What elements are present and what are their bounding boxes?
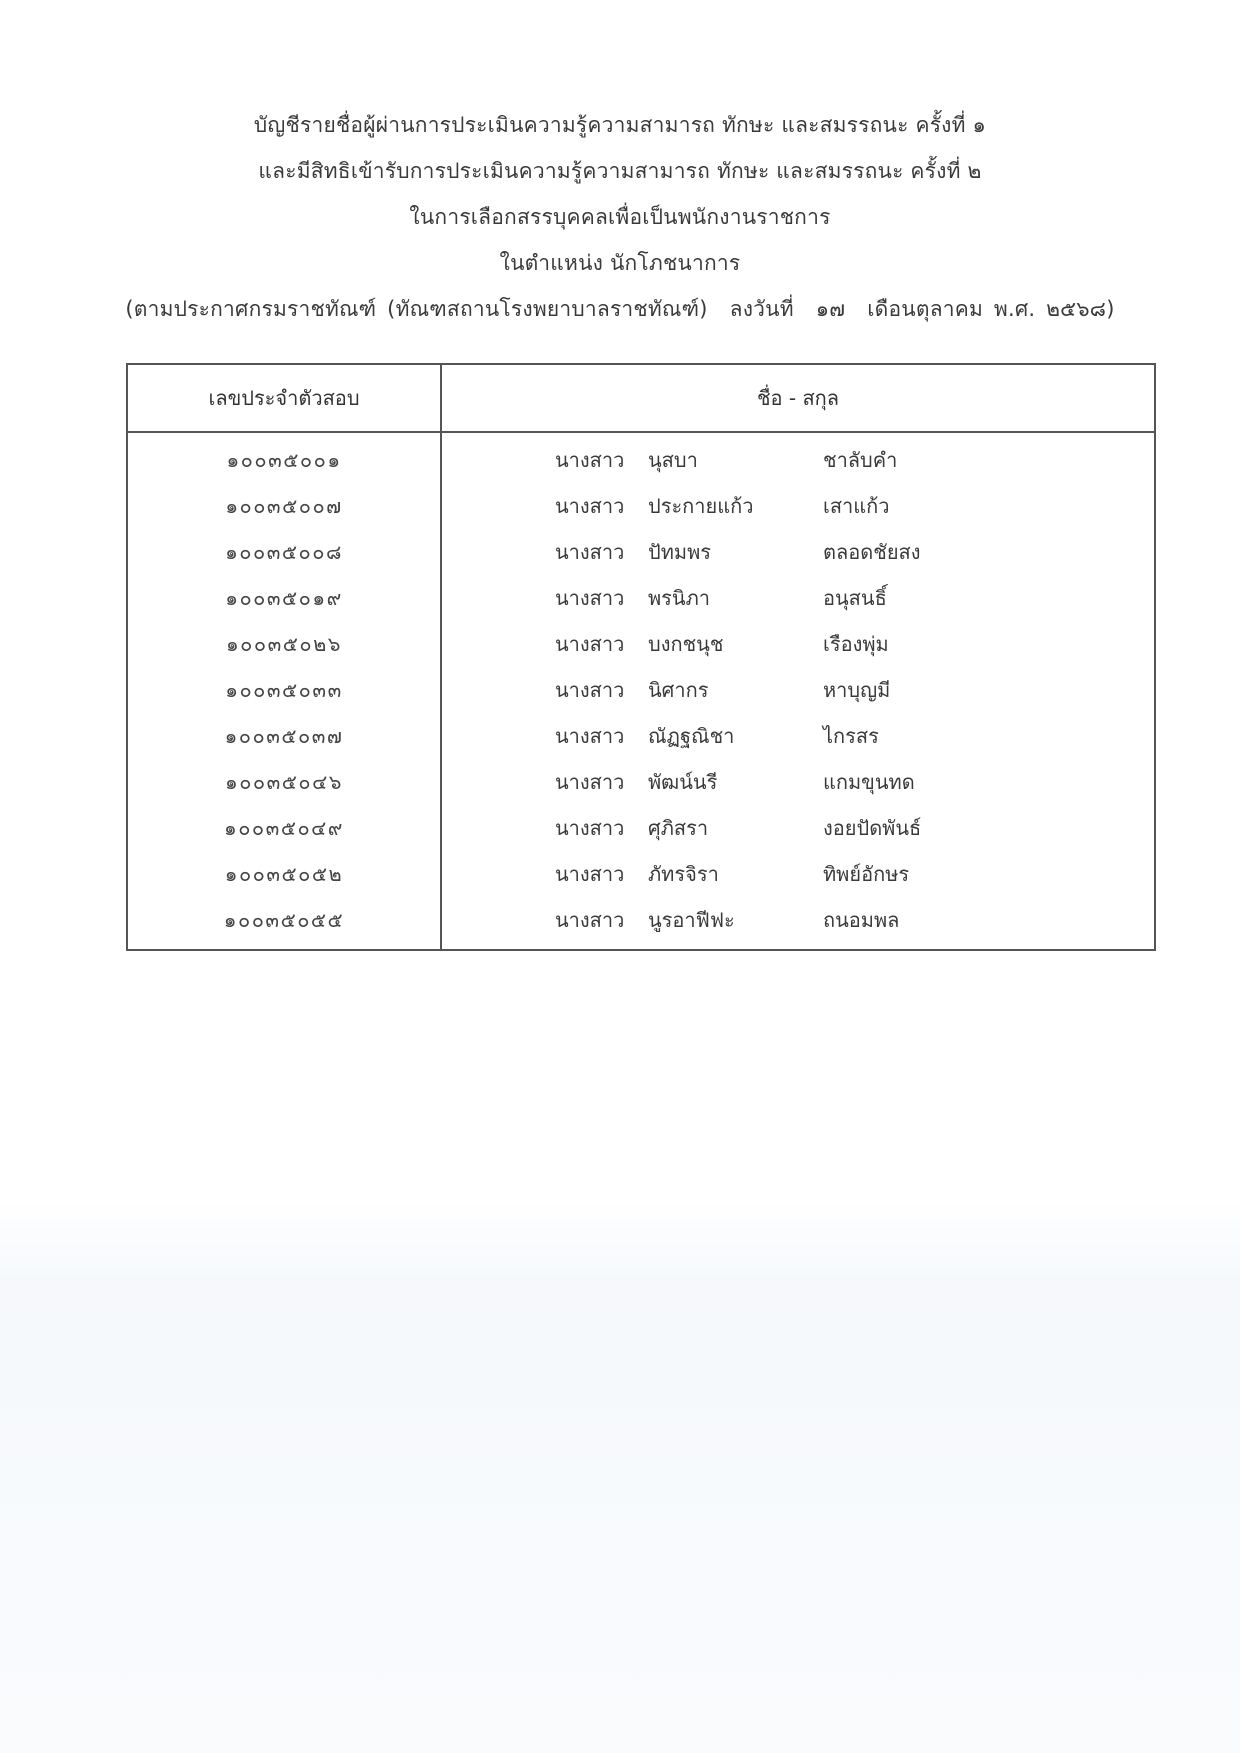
scan-background-tint	[0, 1200, 1240, 1753]
exam-id-cell: ๑๐๐๓๕๐๑๙	[127, 575, 441, 621]
name-group: นางสาวพัฒน์นรีแกมขุนทด	[442, 766, 1154, 798]
last-name: อนุสนธิ์	[823, 582, 887, 614]
last-name: เสาแก้ว	[823, 490, 890, 522]
name-group: นางสาวภัทรจิราทิพย์อักษร	[442, 858, 1154, 890]
name-group: นางสาวนุสบาชาลับคำ	[442, 444, 1154, 476]
full-name-cell: นางสาวประกายแก้วเสาแก้ว	[441, 483, 1155, 529]
exam-id-cell: ๑๐๐๓๕๐๓๓	[127, 667, 441, 713]
last-name: หาบุญมี	[823, 674, 890, 706]
exam-id-cell: ๑๐๐๓๕๐๐๘	[127, 529, 441, 575]
heading-position-line: ในตำแหน่ง นักโภชนาการ	[0, 240, 1240, 286]
table-body: ๑๐๐๓๕๐๐๑นางสาวนุสบาชาลับคำ๑๐๐๓๕๐๐๗นางสาว…	[127, 432, 1155, 950]
full-name-cell: นางสาวนุสบาชาลับคำ	[441, 432, 1155, 483]
document-heading: บัญชีรายชื่อผู้ผ่านการประเมินความรู้ความ…	[0, 102, 1240, 332]
name-group: นางสาวประกายแก้วเสาแก้ว	[442, 490, 1154, 522]
name-title: นางสาว	[555, 674, 648, 706]
exam-id-cell: ๑๐๐๓๕๐๔๙	[127, 805, 441, 851]
last-name: ตลอดชัยสง	[823, 536, 921, 568]
column-header-full-name: ชื่อ - สกุล	[441, 364, 1155, 432]
table-row: ๑๐๐๓๕๐๓๗นางสาวณัฏฐณิชาไกรสร	[127, 713, 1155, 759]
last-name: เรืองพุ่ม	[823, 628, 889, 660]
name-title: นางสาว	[555, 858, 648, 890]
table-row: ๑๐๐๓๕๐๐๘นางสาวปัทมพรตลอดชัยสง	[127, 529, 1155, 575]
date-month-year: เดือนตุลาคม พ.ศ. ๒๕๖๘)	[867, 297, 1114, 321]
date-label: ลงวันที่	[730, 297, 794, 321]
last-name: งอยปัดพันธ์	[823, 812, 921, 844]
full-name-cell: นางสาวภัทรจิราทิพย์อักษร	[441, 851, 1155, 897]
heading-line-2: และมีสิทธิเข้ารับการประเมินความรู้ความสา…	[0, 148, 1240, 194]
last-name: ชาลับคำ	[823, 444, 897, 476]
name-title: นางสาว	[555, 490, 648, 522]
name-title: นางสาว	[555, 444, 648, 476]
candidate-roster-table: เลขประจำตัวสอบ ชื่อ - สกุล ๑๐๐๓๕๐๐๑นางสา…	[126, 363, 1156, 951]
name-title: นางสาว	[555, 812, 648, 844]
name-group: นางสาวพรนิภาอนุสนธิ์	[442, 582, 1154, 614]
last-name: ไกรสร	[823, 720, 879, 752]
full-name-cell: นางสาวศุภิสรางอยปัดพันธ์	[441, 805, 1155, 851]
last-name: ถนอมพล	[823, 904, 899, 936]
table-row: ๑๐๐๓๕๐๕๕นางสาวนูรอาฟีฟะถนอมพล	[127, 897, 1155, 950]
full-name-cell: นางสาวพัฒน์นรีแกมขุนทด	[441, 759, 1155, 805]
exam-id-cell: ๑๐๐๓๕๐๐๗	[127, 483, 441, 529]
name-group: นางสาวบงกชนุชเรืองพุ่ม	[442, 628, 1154, 660]
name-group: นางสาวนิศากรหาบุญมี	[442, 674, 1154, 706]
first-name: ปัทมพร	[648, 536, 823, 568]
heading-line-3: ในการเลือกสรรบุคคลเพื่อเป็นพนักงานราชการ	[0, 194, 1240, 240]
name-title: นางสาว	[555, 904, 648, 936]
first-name: นิศากร	[648, 674, 823, 706]
full-name-cell: นางสาวปัทมพรตลอดชัยสง	[441, 529, 1155, 575]
first-name: ภัทรจิรา	[648, 858, 823, 890]
first-name: พรนิภา	[648, 582, 823, 614]
announcement-reference: (ตามประกาศกรมราชทัณฑ์ (ทัณฑสถานโรงพยาบาล…	[0, 286, 1240, 332]
name-title: นางสาว	[555, 720, 648, 752]
name-group: นางสาวนูรอาฟีฟะถนอมพล	[442, 904, 1154, 936]
first-name: นุสบา	[648, 444, 823, 476]
table-row: ๑๐๐๓๕๐๔๙นางสาวศุภิสรางอยปัดพันธ์	[127, 805, 1155, 851]
exam-id-cell: ๑๐๐๓๕๐๒๖	[127, 621, 441, 667]
table-header-row: เลขประจำตัวสอบ ชื่อ - สกุล	[127, 364, 1155, 432]
exam-id-cell: ๑๐๐๓๕๐๕๕	[127, 897, 441, 950]
table-row: ๑๐๐๓๕๐๑๙นางสาวพรนิภาอนุสนธิ์	[127, 575, 1155, 621]
table-row: ๑๐๐๓๕๐๔๖นางสาวพัฒน์นรีแกมขุนทด	[127, 759, 1155, 805]
column-header-exam-id: เลขประจำตัวสอบ	[127, 364, 441, 432]
last-name: ทิพย์อักษร	[823, 858, 909, 890]
exam-id-cell: ๑๐๐๓๕๐๐๑	[127, 432, 441, 483]
full-name-cell: นางสาวบงกชนุชเรืองพุ่ม	[441, 621, 1155, 667]
table-row: ๑๐๐๓๕๐๒๖นางสาวบงกชนุชเรืองพุ่ม	[127, 621, 1155, 667]
first-name: นูรอาฟีฟะ	[648, 904, 823, 936]
name-group: นางสาวศุภิสรางอยปัดพันธ์	[442, 812, 1154, 844]
first-name: ศุภิสรา	[648, 812, 823, 844]
name-title: นางสาว	[555, 628, 648, 660]
full-name-cell: นางสาวณัฏฐณิชาไกรสร	[441, 713, 1155, 759]
exam-id-cell: ๑๐๐๓๕๐๔๖	[127, 759, 441, 805]
heading-line-1: บัญชีรายชื่อผู้ผ่านการประเมินความรู้ความ…	[0, 102, 1240, 148]
name-title: นางสาว	[555, 582, 648, 614]
last-name: แกมขุนทด	[823, 766, 915, 798]
announcement-source: (ตามประกาศกรมราชทัณฑ์ (ทัณฑสถานโรงพยาบาล…	[125, 297, 707, 321]
name-group: นางสาวณัฏฐณิชาไกรสร	[442, 720, 1154, 752]
name-group: นางสาวปัทมพรตลอดชัยสง	[442, 536, 1154, 568]
table-row: ๑๐๐๓๕๐๐๑นางสาวนุสบาชาลับคำ	[127, 432, 1155, 483]
table-row: ๑๐๐๓๕๐๓๓นางสาวนิศากรหาบุญมี	[127, 667, 1155, 713]
first-name: บงกชนุช	[648, 628, 823, 660]
first-name: ณัฏฐณิชา	[648, 720, 823, 752]
full-name-cell: นางสาวพรนิภาอนุสนธิ์	[441, 575, 1155, 621]
table-row: ๑๐๐๓๕๐๕๒นางสาวภัทรจิราทิพย์อักษร	[127, 851, 1155, 897]
exam-id-cell: ๑๐๐๓๕๐๓๗	[127, 713, 441, 759]
exam-id-cell: ๑๐๐๓๕๐๕๒	[127, 851, 441, 897]
table-row: ๑๐๐๓๕๐๐๗นางสาวประกายแก้วเสาแก้ว	[127, 483, 1155, 529]
name-title: นางสาว	[555, 536, 648, 568]
date-day: ๑๗	[816, 297, 846, 321]
first-name: พัฒน์นรี	[648, 766, 823, 798]
full-name-cell: นางสาวนูรอาฟีฟะถนอมพล	[441, 897, 1155, 950]
name-title: นางสาว	[555, 766, 648, 798]
first-name: ประกายแก้ว	[648, 490, 823, 522]
full-name-cell: นางสาวนิศากรหาบุญมี	[441, 667, 1155, 713]
